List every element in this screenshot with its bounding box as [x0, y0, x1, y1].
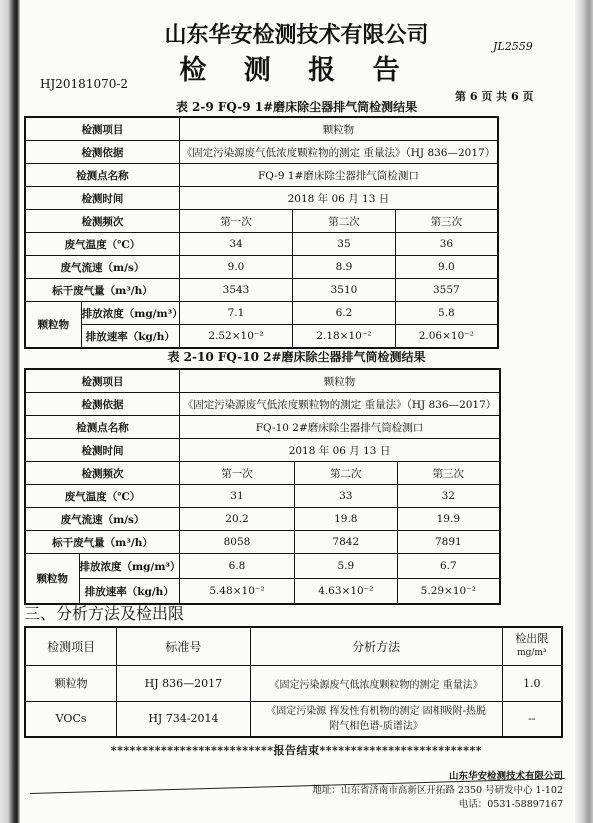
- cell: VOCs: [25, 701, 117, 737]
- table-2-10: 检测项目 颗粒物 检测依据 《固定污染源废气低浓度颗粒物的测定 重量法》（HJ …: [24, 368, 501, 605]
- cell: 6.7: [397, 554, 500, 579]
- doc-code: JL2559: [493, 40, 533, 53]
- footer-phone: 电话：0531-58897167: [312, 798, 563, 812]
- column-header: 分析方法: [250, 627, 502, 665]
- cell: 34: [179, 233, 292, 256]
- cell: 19.9: [397, 508, 500, 531]
- cell: 8.9: [293, 256, 396, 279]
- row-label: 废气流速（m/s）: [25, 508, 180, 531]
- cell: 颗粒物: [179, 117, 498, 141]
- cell: 3557: [395, 279, 498, 302]
- cell: 《固定污染源废气低浓度颗粒物的测定 重量法》（HJ 836—2017）: [179, 141, 498, 164]
- scan-shadow-right: [575, 0, 593, 823]
- cell: 7.1: [179, 302, 292, 325]
- scan-shadow-left: [0, 0, 20, 823]
- table-row: 检测频次 第一次 第二次 第三次: [25, 210, 498, 233]
- cell: 2.52×10⁻²: [179, 325, 292, 349]
- cell: 颗粒物: [180, 369, 500, 393]
- row-label: 检测点名称: [25, 416, 180, 439]
- cell: --: [502, 701, 562, 737]
- footer: 山东华安检测技术有限公司 地址：山东省济南市高新区开拓路 2350 号研发中心 …: [312, 770, 563, 812]
- row-label: 排放浓度（mg/m³）: [81, 302, 179, 325]
- cell: 第二次: [294, 462, 397, 485]
- table-row: 颗粒物 排放浓度（mg/m³） 7.1 6.2 5.8: [25, 302, 498, 325]
- cell: 31: [180, 485, 295, 508]
- section-heading: 三、分析方法及检出限: [24, 601, 184, 624]
- cell: 7842: [294, 531, 397, 554]
- row-label: 检测项目: [25, 117, 179, 141]
- cell: 3543: [179, 279, 292, 302]
- cell: 3510: [293, 279, 396, 302]
- row-label: 检测时间: [25, 439, 180, 462]
- table-2-9-caption: 表 2-9 FQ-9 1#磨床除尘器排气筒检测结果: [0, 98, 593, 115]
- column-header: 检测项目: [25, 627, 117, 665]
- cell: 35: [293, 233, 396, 256]
- table-2-10-caption: 表 2-10 FQ-10 2#磨床除尘器排气筒检测结果: [0, 348, 593, 365]
- row-label: 检测频次: [25, 210, 179, 233]
- row-label: 检测频次: [25, 462, 180, 485]
- table-row: 检测项目 颗粒物: [25, 117, 498, 141]
- cell: 5.29×10⁻²: [397, 579, 500, 605]
- group-label: 颗粒物: [25, 302, 81, 349]
- table-row: 检测依据 《固定污染源废气低浓度颗粒物的测定 重量法》（HJ 836—2017）: [25, 393, 500, 416]
- cell: 第二次: [293, 210, 396, 233]
- cell: 4.63×10⁻²: [294, 579, 397, 605]
- cell: 第一次: [179, 210, 292, 233]
- row-label: 废气温度（℃）: [25, 485, 180, 508]
- table-row: 标干废气量（m³/h） 3543 3510 3557: [25, 279, 498, 302]
- table-row: 废气流速（m/s） 20.2 19.8 19.9: [25, 508, 500, 531]
- row-label: 标干废气量（m³/h）: [25, 531, 180, 554]
- table-row: 标干废气量（m³/h） 8058 7842 7891: [25, 531, 500, 554]
- report-number: HJ20181070-2: [40, 77, 128, 91]
- row-label: 检测点名称: [25, 164, 179, 187]
- cell: HJ 836—2017: [117, 665, 250, 701]
- row-label: 废气流速（m/s）: [25, 256, 179, 279]
- cell: 《固定污染源废气低浓度颗粒物的测定 重量法》: [250, 665, 502, 701]
- table-row: 检测时间 2018 年 06 月 13 日: [25, 439, 500, 462]
- row-label: 标干废气量（m³/h）: [25, 279, 179, 302]
- cell: FQ-10 2#磨床除尘器排气筒检测口: [180, 416, 500, 439]
- cell: 20.2: [180, 508, 295, 531]
- cell: 第三次: [395, 210, 498, 233]
- limit-header: 检出限: [503, 632, 561, 646]
- cell: HJ 734-2014: [117, 701, 250, 737]
- cell: 颗粒物: [25, 665, 117, 701]
- table-row: 废气温度（℃） 34 35 36: [25, 233, 498, 256]
- table-row: 检测时间 2018 年 06 月 13 日: [25, 187, 498, 210]
- cell: 《固定污染源废气低浓度颗粒物的测定 重量法》（HJ 836—2017）: [180, 393, 500, 416]
- table-row: 检测点名称 FQ-10 2#磨床除尘器排气筒检测口: [25, 416, 500, 439]
- group-label: 颗粒物: [25, 554, 79, 605]
- cell: 19.8: [294, 508, 397, 531]
- cell: 36: [395, 233, 498, 256]
- cell: FQ-9 1#磨床除尘器排气筒检测口: [179, 164, 498, 187]
- table-row: 颗粒物 排放浓度（mg/m³） 6.8 5.9 6.7: [25, 554, 500, 579]
- row-label: 检测依据: [25, 393, 180, 416]
- cell: 6.2: [293, 302, 396, 325]
- row-label: 检测依据: [25, 141, 179, 164]
- cell: 7891: [397, 531, 500, 554]
- table-row: 废气流速（m/s） 9.0 8.9 9.0: [25, 256, 498, 279]
- row-label: 废气温度（℃）: [25, 233, 179, 256]
- table-row: 检测点名称 FQ-9 1#磨床除尘器排气筒检测口: [25, 164, 498, 187]
- footer-address: 地址：山东省济南市高新区开拓路 2350 号研发中心 1-102: [312, 784, 563, 798]
- table-row: 检测项目 颗粒物: [25, 369, 500, 393]
- cell: 《固定污染源 挥发性有机物的测定 固相吸附-热脱附气相色谱-质谱法》: [250, 701, 502, 737]
- table-header-row: 检测项目 标准号 分析方法 检出限 mg/m³: [25, 627, 562, 665]
- cell: 5.9: [294, 554, 397, 579]
- row-label: 排放浓度（mg/m³）: [79, 554, 180, 579]
- cell: 9.0: [395, 256, 498, 279]
- cell: 5.8: [395, 302, 498, 325]
- table-row: 颗粒物 HJ 836—2017 《固定污染源废气低浓度颗粒物的测定 重量法》 1…: [25, 665, 562, 701]
- cell: 1.0: [502, 665, 562, 701]
- cell: 2.18×10⁻²: [293, 325, 396, 349]
- cell: 2018 年 06 月 13 日: [180, 439, 500, 462]
- cell: 2018 年 06 月 13 日: [179, 187, 498, 210]
- cell: 6.8: [180, 554, 295, 579]
- limit-unit: mg/m³: [503, 646, 561, 660]
- cell: 2.06×10⁻²: [395, 325, 498, 349]
- table-row: 废气温度（℃） 31 33 32: [25, 485, 500, 508]
- report-end-mark: **************************报告结束**********…: [0, 742, 593, 758]
- column-header: 标准号: [117, 627, 250, 665]
- column-header: 检出限 mg/m³: [502, 627, 562, 665]
- cell: 33: [294, 485, 397, 508]
- footer-company: 山东华安检测技术有限公司: [312, 770, 563, 784]
- table-row: VOCs HJ 734-2014 《固定污染源 挥发性有机物的测定 固相吸附-热…: [25, 701, 562, 737]
- cell: 32: [397, 485, 500, 508]
- cell: 8058: [180, 531, 295, 554]
- cell: 9.0: [179, 256, 292, 279]
- row-label: 排放速率（kg/h）: [81, 325, 179, 349]
- table-row: 检测依据 《固定污染源废气低浓度颗粒物的测定 重量法》（HJ 836—2017）: [25, 141, 498, 164]
- table-2-9: 检测项目 颗粒物 检测依据 《固定污染源废气低浓度颗粒物的测定 重量法》（HJ …: [24, 116, 499, 349]
- table-row: 检测频次 第一次 第二次 第三次: [25, 462, 500, 485]
- row-label: 检测时间: [25, 187, 179, 210]
- cell: 第三次: [397, 462, 500, 485]
- row-label: 检测项目: [25, 369, 180, 393]
- table-row: 排放速率（kg/h） 2.52×10⁻² 2.18×10⁻² 2.06×10⁻²: [25, 325, 498, 349]
- cell: 5.48×10⁻²: [180, 579, 295, 605]
- cell: 第一次: [180, 462, 295, 485]
- methods-table: 检测项目 标准号 分析方法 检出限 mg/m³ 颗粒物 HJ 836—2017 …: [24, 626, 563, 738]
